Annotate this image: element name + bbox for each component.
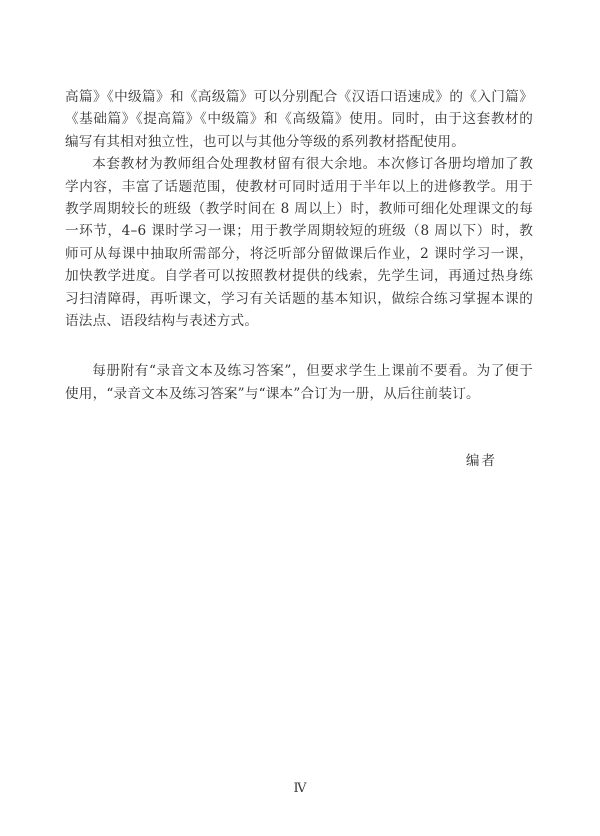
text-block: 高篇》《中级篇》和《高级篇》可以分别配合《汉语口语速成》的《入门篇》《基础篇》《… [65, 86, 533, 473]
paragraph-continuation: 高篇》《中级篇》和《高级篇》可以分别配合《汉语口语速成》的《入门篇》《基础篇》《… [65, 86, 533, 153]
page-number: Ⅳ [0, 781, 600, 796]
paragraph-appendix-note: 每册附有“录音文本及练习答案”，但要求学生上课前不要看。为了便于使用，“录音文本… [65, 360, 533, 405]
document-page: 高篇》《中级篇》和《高级篇》可以分别配合《汉语口语速成》的《入门篇》《基础篇》《… [0, 0, 600, 836]
editor-signature: 编者 [65, 450, 533, 472]
paragraph-teaching-usage: 本套教材为教师组合处理教材留有很大余地。本次修订各册均增加了教学内容，丰富了话题… [65, 153, 533, 332]
